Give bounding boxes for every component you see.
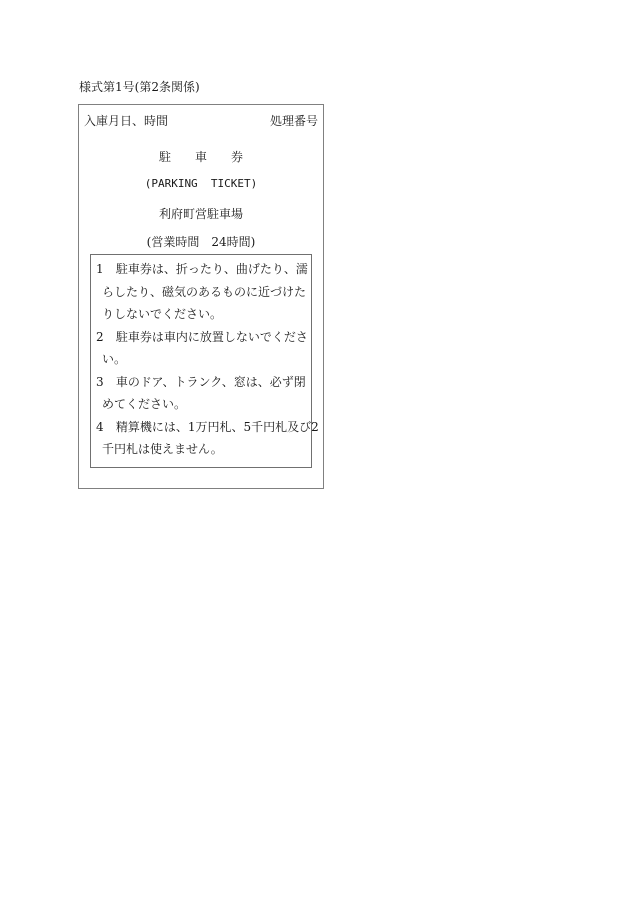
notice-4-cont: 千円札は使えません。: [96, 438, 308, 461]
notice-3-cont: めてください。: [96, 393, 308, 416]
ticket-title: 駐 車 券: [79, 148, 323, 165]
notice-3: 3 車のドア、トランク、窓は、必ず閉: [96, 371, 308, 394]
notice-2: 2 駐車券は車内に放置しないでくださ: [96, 326, 308, 349]
facility-name: 利府町営駐車場: [79, 205, 323, 222]
notice-box: 1 駐車券は、折ったり、曲げたり、濡 らしたり、磁気のあるものに近づけた りしな…: [90, 254, 312, 468]
notice-1-cont: りしないでください。: [96, 303, 308, 326]
form-label: 様式第1号(第2条関係): [79, 79, 200, 95]
notice-2-cont: い。: [96, 348, 308, 371]
entry-date-time-label: 入庫月日、時間: [84, 112, 168, 129]
notice-1: 1 駐車券は、折ったり、曲げたり、濡: [96, 258, 308, 281]
parking-ticket: 入庫月日、時間 処理番号 駐 車 券 (PARKING TICKET) 利府町営…: [78, 104, 324, 489]
notice-list: 1 駐車券は、折ったり、曲げたり、濡 らしたり、磁気のあるものに近づけた りしな…: [96, 258, 308, 461]
processing-number-label: 処理番号: [270, 112, 318, 129]
ticket-subtitle: (PARKING TICKET): [79, 177, 323, 190]
notice-4: 4 精算機には、1万円札、5千円札及び2: [96, 416, 308, 439]
notice-1-cont: らしたり、磁気のあるものに近づけた: [96, 281, 308, 304]
business-hours: (営業時間 24時間): [79, 233, 323, 250]
